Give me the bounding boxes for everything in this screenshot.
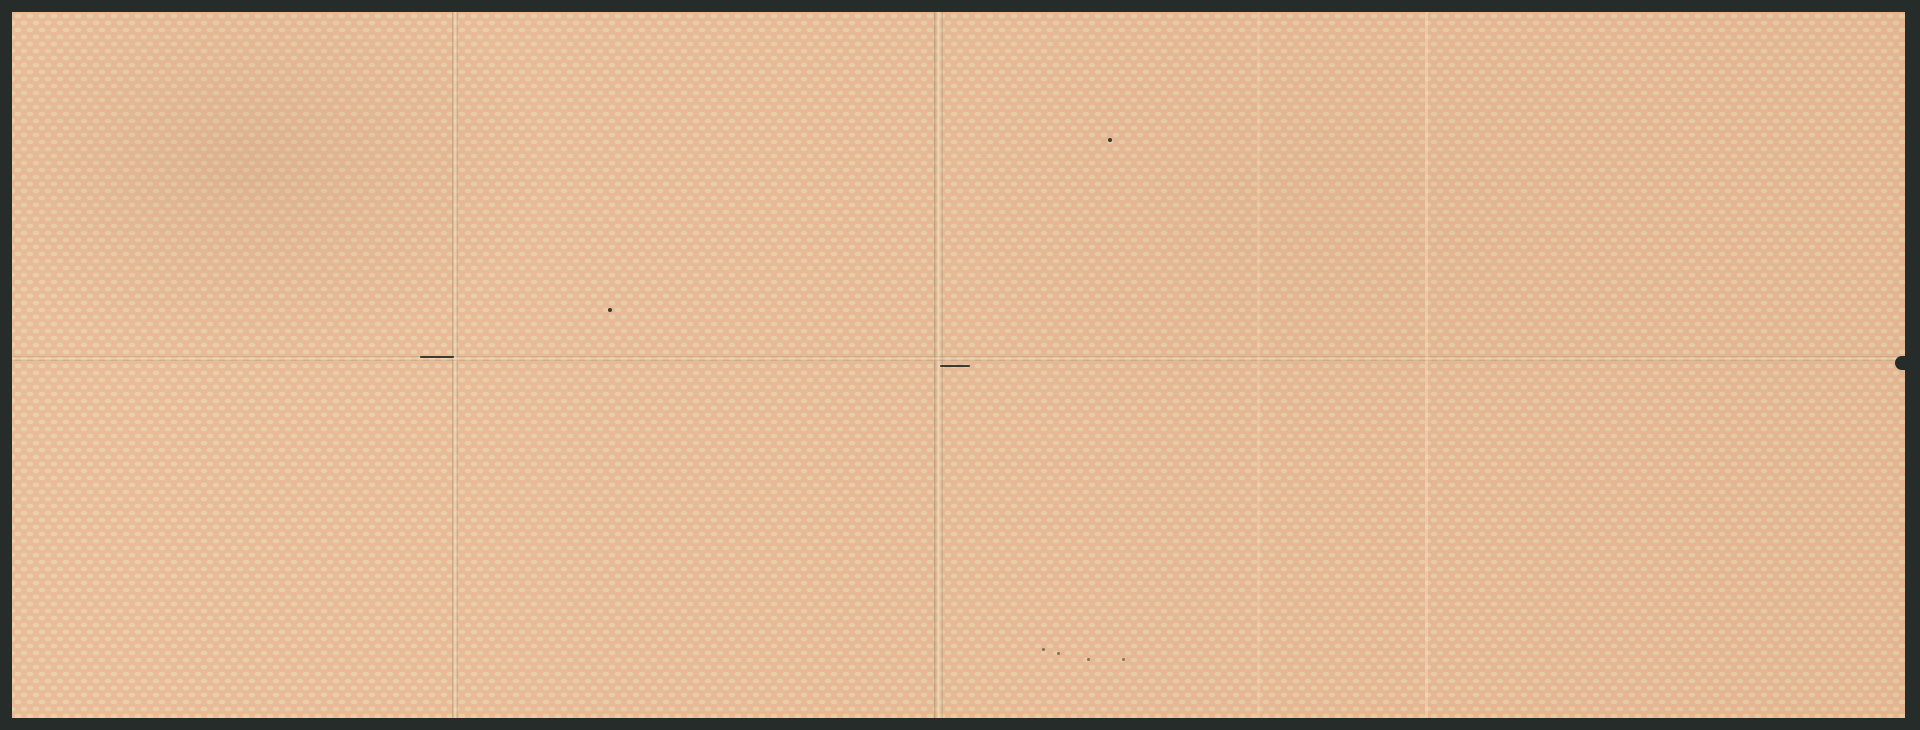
spot	[1122, 658, 1125, 661]
vertical-fold-left	[452, 12, 458, 718]
edge-tear	[1895, 356, 1905, 370]
ink-mark-left	[420, 356, 454, 358]
spot	[608, 308, 612, 312]
spot	[1042, 648, 1045, 651]
spot	[1108, 138, 1112, 142]
horizontal-fold	[12, 356, 1905, 361]
vertical-crease-minor	[1257, 12, 1260, 718]
paper-note	[12, 12, 1905, 718]
spot	[1087, 658, 1090, 661]
spot	[1057, 652, 1060, 655]
vertical-crease-right	[1425, 12, 1428, 718]
ink-mark-center	[940, 365, 970, 367]
